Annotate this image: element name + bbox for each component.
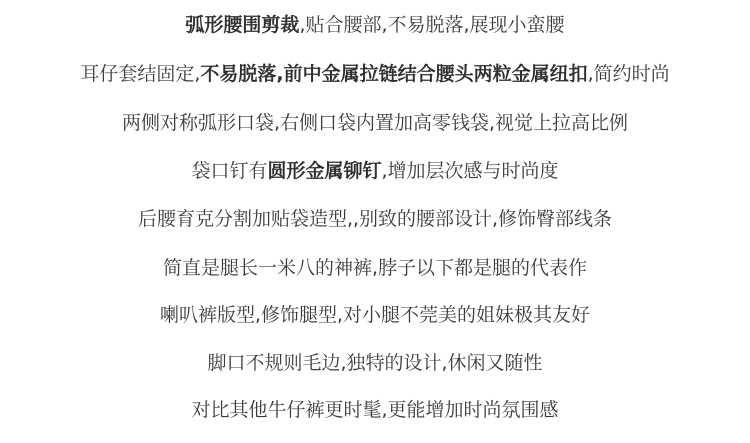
body-text: 两侧对称弧形口袋,右侧口袋内置加高零钱袋,视觉上拉高比例 xyxy=(122,112,628,134)
description-line-8: 脚口不规则毛边,独特的设计,休闲又随性 xyxy=(0,350,750,376)
description-line-3: 两侧对称弧形口袋,右侧口袋内置加高零钱袋,视觉上拉高比例 xyxy=(0,110,750,136)
description-line-5: 后腰育克分割加贴袋造型,,别致的腰部设计,修饰臀部线条 xyxy=(0,206,750,232)
body-text: ,贴合腰部,不易脱落,展现小蛮腰 xyxy=(299,14,564,36)
body-text: ,增加层次感与时尚度 xyxy=(381,160,558,182)
highlight-text: 弧形腰围剪裁 xyxy=(185,14,299,36)
description-line-4: 袋口钉有圆形金属铆钉,增加层次感与时尚度 xyxy=(0,158,750,184)
body-text: 后腰育克分割加贴袋造型,,别致的腰部设计,修饰臀部线条 xyxy=(138,208,612,230)
body-text: 脚口不规则毛边,独特的设计,休闲又随性 xyxy=(207,352,542,374)
body-text: ,简约时尚 xyxy=(588,63,670,85)
body-text: 袋口钉有 xyxy=(191,160,267,182)
description-line-6: 简直是腿长一米八的神裤,脖子以下都是腿的代表作 xyxy=(0,255,750,281)
description-line-2: 耳仔套结固定,不易脱落,前中金属拉链结合腰头两粒金属纽扣,简约时尚 xyxy=(0,61,750,87)
body-text: 喇叭裤版型,修饰腿型,对小腿不莞美的姐妹极其友好 xyxy=(160,304,590,326)
product-description: 弧形腰围剪裁,贴合腰部,不易脱落,展现小蛮腰 耳仔套结固定,不易脱落,前中金属拉… xyxy=(0,0,750,443)
body-text: 耳仔套结固定, xyxy=(80,63,200,85)
body-text: 简直是腿长一米八的神裤,脖子以下都是腿的代表作 xyxy=(163,257,587,279)
description-line-7: 喇叭裤版型,修饰腿型,对小腿不莞美的姐妹极其友好 xyxy=(0,302,750,328)
body-text: 对比其他牛仔裤更时髦,更能增加时尚氛围感 xyxy=(191,399,558,421)
highlight-text: 圆形金属铆钉 xyxy=(267,160,381,182)
highlight-text: 不易脱落,前中金属拉链结合腰头两粒金属纽扣 xyxy=(200,63,587,85)
description-line-9: 对比其他牛仔裤更时髦,更能增加时尚氛围感 xyxy=(0,397,750,423)
description-line-1: 弧形腰围剪裁,贴合腰部,不易脱落,展现小蛮腰 xyxy=(0,12,750,38)
